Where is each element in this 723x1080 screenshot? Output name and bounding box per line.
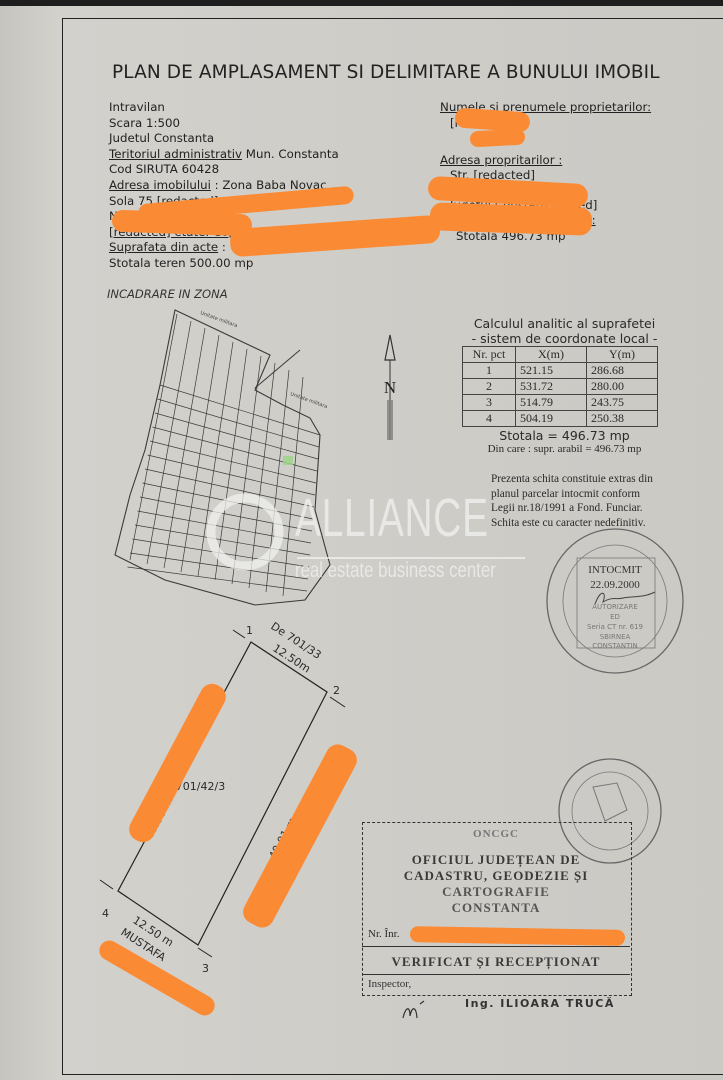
north-arrow-icon: N: [378, 330, 402, 445]
watermark-title: ALLIANCE: [295, 487, 489, 549]
north-label: N: [384, 378, 396, 397]
redaction: [470, 129, 526, 148]
map-label: Unitate militara: [199, 310, 238, 329]
owners-address-label: Adresa propritarilor :: [440, 153, 651, 169]
legal-note: Prezenta schita constituie extras din pl…: [491, 472, 653, 530]
table-row: 2531.72280.00: [463, 379, 658, 395]
info-line: Scara 1:500: [109, 116, 339, 132]
svg-text:AUTORIZARE: AUTORIZARE: [592, 603, 638, 611]
office-name: OFICIUL JUDEȚEAN DE CADASTRU, GEODEZIE Ș…: [362, 852, 630, 916]
info-line: Stotala teren 500.00 mp: [109, 256, 339, 272]
table-row: 1521.15286.68: [463, 363, 658, 379]
inspector-name: Ing. ILIOARA TRUCĂ: [465, 997, 615, 1010]
verified-label: VERIFICAT ȘI RECEPȚIONAT: [362, 954, 630, 970]
table-row: 3514.79243.75: [463, 395, 658, 411]
svg-text:SBIRNEA: SBIRNEA: [600, 633, 631, 641]
document-title: PLAN DE AMPLASAMENT SI DELIMITARE A BUNU…: [112, 62, 660, 83]
inspector-label: Inspector,: [368, 978, 411, 990]
coordinates-table: Nr. pct X(m) Y(m) 1521.15286.68 2531.722…: [462, 346, 658, 427]
coordinates-title: Calculul analitic al suprafetei - sistem…: [462, 316, 667, 346]
inspector-signature: [400, 1000, 430, 1022]
svg-text:ED: ED: [610, 613, 620, 621]
svg-text:Seria CT nr. 619: Seria CT nr. 619: [587, 623, 643, 631]
info-line: Cod SIRUTA 60428: [109, 162, 339, 178]
total-area: Stotala = 496.73 mp: [462, 428, 667, 443]
info-line: Judetul Constanta: [109, 131, 339, 147]
point-label: 1: [246, 624, 253, 637]
arable-area: Din care : supr. arabil = 496.73 mp: [462, 443, 667, 455]
table-header: Nr. pct X(m) Y(m): [463, 347, 658, 363]
watermark-subtitle: real estate business center: [295, 559, 496, 583]
point-label: 3: [202, 962, 209, 975]
info-line: Teritoriul administrativ Mun. Constanta: [109, 147, 339, 163]
point-label: 2: [333, 684, 340, 697]
point-label: 4: [102, 907, 109, 920]
highlighted-parcel: [283, 456, 293, 465]
watermark-logo-icon: [205, 492, 285, 572]
map-label: Unitate militara: [289, 391, 328, 410]
redaction: [430, 202, 593, 236]
registration-label: Nr. Înr.: [368, 928, 399, 940]
svg-text:INTOCMIT: INTOCMIT: [588, 564, 642, 576]
author-stamp: INTOCMIT 22.09.2000 AUTORIZARE ED Seria …: [543, 526, 688, 676]
zone-map-title: INCADRARE IN ZONA: [107, 287, 228, 301]
svg-text:CONSTANTIN: CONSTANTIN: [592, 642, 637, 650]
coat-of-arms-icon: [593, 783, 627, 821]
table-row: 4504.19250.38: [463, 411, 658, 427]
stamp-date: 22.09.2000: [590, 579, 640, 591]
info-line: Intravilan: [109, 100, 339, 116]
